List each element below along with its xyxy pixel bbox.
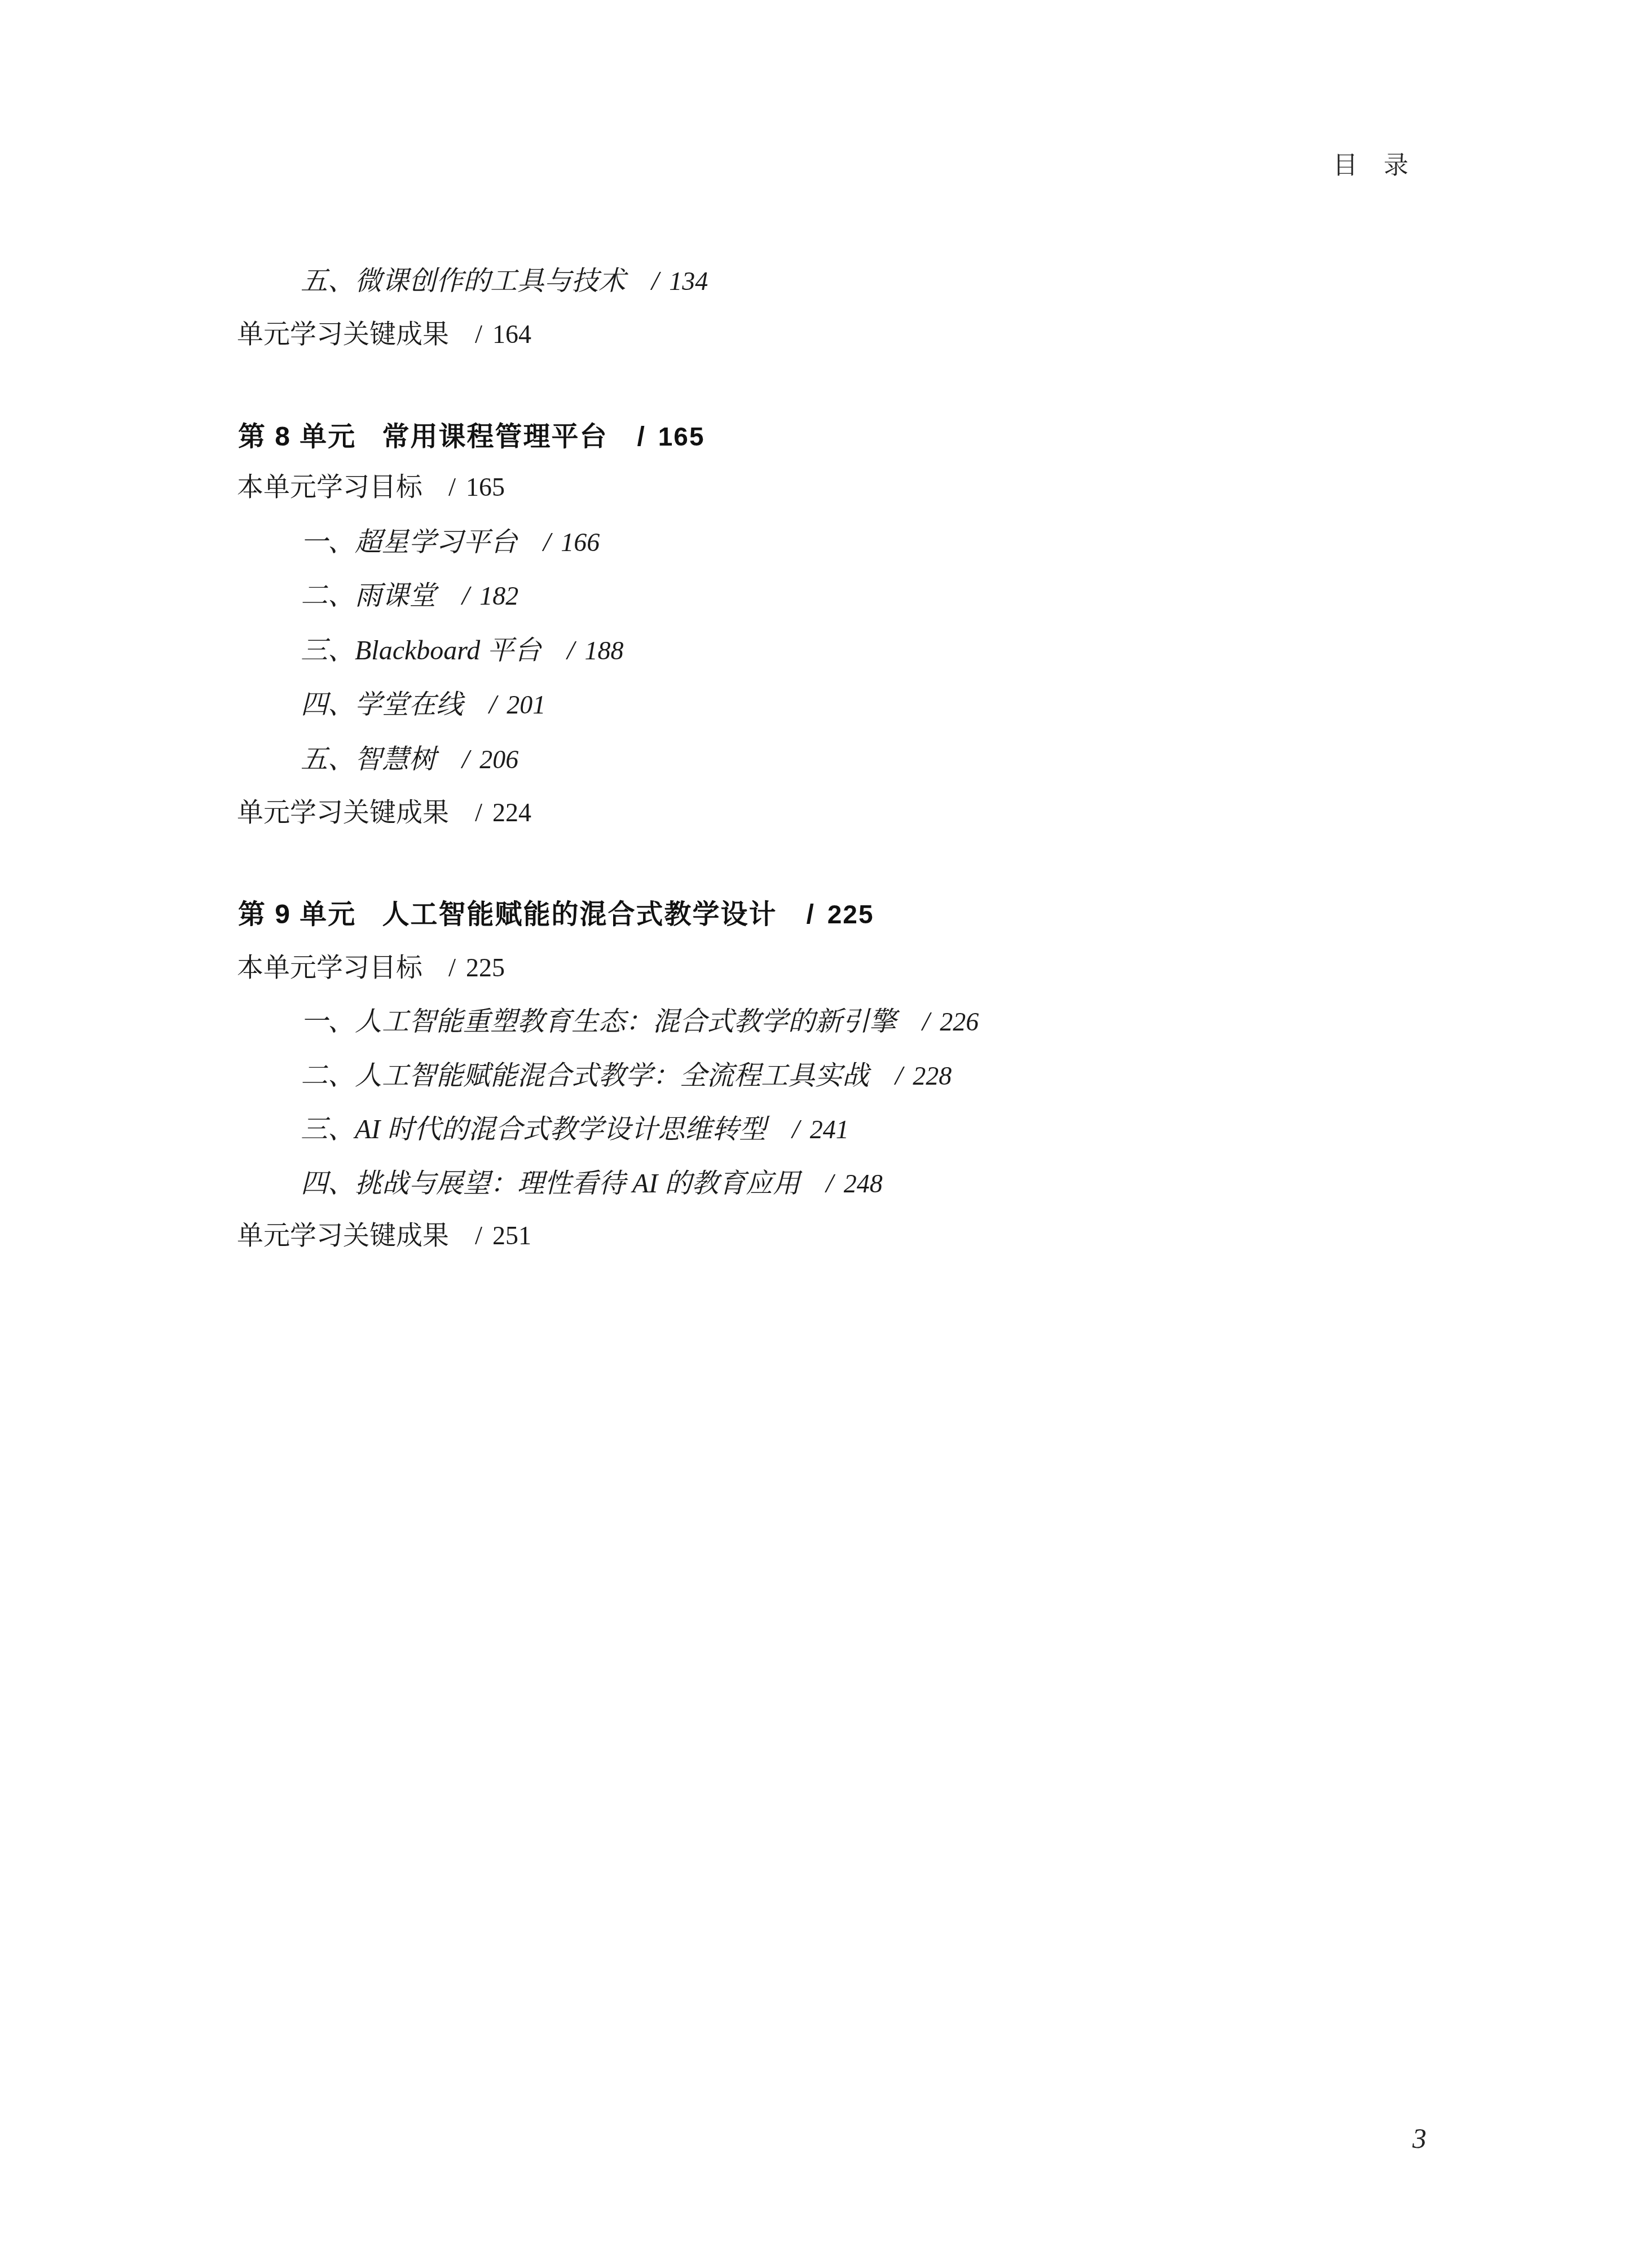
toc-entry: 二、人工智能赋能混合式教学：全流程工具实战/228 — [301, 1060, 952, 1091]
toc-entry: 四、学堂在线/201 — [301, 689, 545, 720]
toc-entry-page: 226 — [940, 1007, 979, 1036]
separator-slash: / — [567, 636, 574, 666]
toc-entry: 单元学习关键成果/251 — [237, 1221, 531, 1251]
toc-entry: 四、挑战与展望：理性看待 AI 的教育应用/248 — [301, 1168, 883, 1199]
chapter-heading: 第 8 单元常用课程管理平台/165 — [238, 421, 705, 452]
toc-entry-page: 164 — [492, 320, 531, 349]
toc-entry-page: 225 — [466, 953, 505, 982]
chapter-title: 人工智能赋能的混合式教学设计 — [382, 900, 777, 930]
toc-entry: 单元学习关键成果/224 — [237, 798, 531, 828]
toc-entry: 三、Blackboard 平台/188 — [301, 635, 624, 666]
toc-entry-page: 228 — [913, 1062, 952, 1090]
chapter-unit-label: 第 9 单元 — [238, 900, 356, 930]
toc-entry-page: 166 — [561, 528, 600, 557]
chapter-heading: 第 9 单元人工智能赋能的混合式教学设计/225 — [238, 899, 874, 930]
toc-entry-label: 单元学习关键成果 — [237, 320, 449, 349]
toc-entry-label: 二、雨课堂 — [301, 581, 436, 611]
toc-entry-label: 三、AI 时代的混合式教学设计思维转型 — [301, 1115, 766, 1144]
toc-entry: 本单元学习目标/165 — [237, 472, 505, 503]
toc-entry-label: 一、超星学习平台 — [301, 527, 517, 557]
toc-entry: 二、雨课堂/182 — [301, 580, 518, 611]
toc-entry: 一、人工智能重塑教育生态：混合式教学的新引擎/226 — [301, 1006, 979, 1037]
separator-slash: / — [895, 1061, 902, 1091]
toc-entry-label: 四、挑战与展望：理性看待 AI 的教育应用 — [301, 1169, 800, 1199]
toc-entry-label: 五、微课创作的工具与技术 — [301, 266, 626, 296]
separator-slash: / — [475, 1221, 482, 1250]
toc-entry: 三、AI 时代的混合式教学设计思维转型/241 — [301, 1114, 849, 1145]
separator-slash: / — [475, 320, 482, 349]
separator-slash: / — [651, 266, 659, 296]
separator-slash: / — [806, 900, 814, 930]
chapter-title: 常用课程管理平台 — [382, 422, 607, 452]
separator-slash: / — [462, 581, 469, 611]
toc-entry-label: 单元学习关键成果 — [237, 798, 449, 827]
chapter-unit-label: 第 8 单元 — [238, 422, 356, 452]
separator-slash: / — [826, 1169, 833, 1199]
separator-slash: / — [448, 953, 456, 983]
toc-entry: 一、超星学习平台/166 — [301, 527, 600, 558]
toc-entry-label: 五、智慧树 — [301, 745, 436, 774]
toc-entry-page: 165 — [658, 422, 705, 451]
toc-entry-page: 182 — [479, 582, 518, 610]
separator-slash: / — [637, 422, 645, 452]
separator-slash: / — [462, 745, 469, 774]
toc-entry: 五、智慧树/206 — [301, 744, 518, 775]
toc-entry: 本单元学习目标/225 — [237, 953, 505, 983]
toc-entry-page: 248 — [844, 1169, 883, 1198]
toc-entry-page: 188 — [585, 636, 624, 665]
separator-slash: / — [448, 473, 456, 502]
separator-slash: / — [922, 1007, 930, 1037]
toc-entry-label: 四、学堂在线 — [301, 690, 463, 720]
toc-entry-page: 251 — [492, 1221, 531, 1250]
toc-entry-page: 241 — [810, 1115, 849, 1144]
toc-entry-page: 134 — [669, 267, 708, 296]
toc-entry-page: 224 — [492, 798, 531, 827]
separator-slash: / — [475, 798, 482, 827]
toc-entry-label: 本单元学习目标 — [237, 953, 422, 983]
toc-entry-page: 165 — [466, 473, 505, 501]
separator-slash: / — [489, 690, 496, 720]
toc-entry-page: 225 — [827, 900, 874, 929]
toc-entry-label: 本单元学习目标 — [237, 473, 422, 502]
toc-entry: 五、微课创作的工具与技术/134 — [301, 266, 708, 297]
toc-entry: 单元学习关键成果/164 — [237, 319, 531, 350]
toc-entry-page: 206 — [479, 745, 518, 774]
page-number: 3 — [1412, 2124, 1427, 2152]
toc-entry-label: 三、Blackboard 平台 — [301, 636, 541, 666]
separator-slash: / — [792, 1115, 799, 1144]
running-header: 目 录 — [1333, 153, 1409, 178]
separator-slash: / — [543, 527, 551, 557]
toc-entry-page: 201 — [507, 690, 545, 719]
toc-entry-label: 二、人工智能赋能混合式教学：全流程工具实战 — [301, 1061, 869, 1091]
toc-page: 目 录 五、微课创作的工具与技术/134 单元学习关键成果/164 第 8 单元… — [0, 0, 1629, 2268]
toc-entry-label: 一、人工智能重塑教育生态：混合式教学的新引擎 — [301, 1007, 896, 1037]
toc-entry-label: 单元学习关键成果 — [237, 1221, 449, 1250]
